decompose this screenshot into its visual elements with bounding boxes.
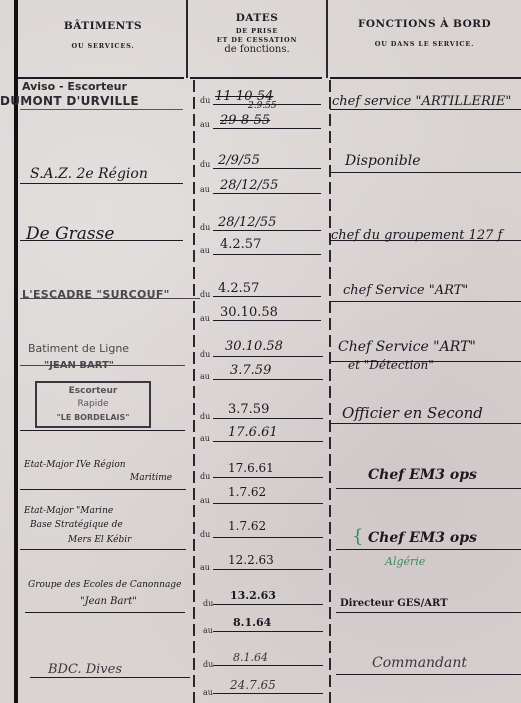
header-functions-title: FONCTIONS À BORD xyxy=(328,18,521,30)
row6-ship-strike xyxy=(20,430,185,431)
row3-ship-rule xyxy=(20,240,183,241)
row1-ship-strike xyxy=(20,109,183,110)
row9-function-rule xyxy=(336,612,521,613)
row10-ship: BDC. Dives xyxy=(48,662,122,677)
row3-from-rule xyxy=(213,230,321,231)
row7-from-label: du xyxy=(200,472,210,481)
row7-to-rule xyxy=(213,503,323,504)
row4-from-label: du xyxy=(200,290,210,299)
row6-to-rule xyxy=(213,441,323,442)
row10-function: Commandant xyxy=(372,655,467,671)
header-dates: DATES DE PRISE ET DE CESSATION de foncti… xyxy=(188,12,326,55)
row8-green-brace: { xyxy=(352,526,363,547)
row8-to-label: au xyxy=(200,563,210,572)
row6-to-date: 17.6.61 xyxy=(228,425,278,440)
row4-to-date: 30.10.58 xyxy=(220,305,278,320)
row6-from-label: du xyxy=(200,412,210,421)
row9-from-label: du xyxy=(203,599,213,608)
header-rule-1 xyxy=(18,77,184,79)
row9-from-date: 13.2.63 xyxy=(230,589,276,602)
header-dates-line4: de fonctions. xyxy=(188,44,326,55)
row5-from-rule xyxy=(213,356,323,357)
row8-ship-line2: Base Stratégique de xyxy=(30,520,123,530)
row5-function-rule xyxy=(330,361,521,362)
row10-function-rule xyxy=(336,674,521,675)
row1-ship-line1: Aviso - Escorteur xyxy=(22,80,127,93)
row8-function-rule xyxy=(336,549,521,550)
header-functions-subtitle: OU DANS LE SERVICE. xyxy=(328,40,521,48)
row6-from-rule xyxy=(213,418,323,419)
row2-function-rule xyxy=(330,172,521,173)
row4-to-rule xyxy=(213,320,321,321)
row6-function: Officier en Second xyxy=(342,404,483,422)
row7-to-label: au xyxy=(200,496,210,505)
row3-to-label: au xyxy=(200,246,210,255)
row2-ship-rule xyxy=(20,183,183,184)
column-divider-2 xyxy=(329,80,331,703)
stamp-line3: "LE BORDELAIS" xyxy=(41,411,145,424)
row2-to-date: 28/12/55 xyxy=(220,178,278,193)
row8-function: Chef EM3 ops xyxy=(368,530,477,546)
stamp-line2: Rapide xyxy=(41,398,145,411)
row6-to-label: au xyxy=(200,434,210,443)
row5-to-date: 3.7.59 xyxy=(230,363,271,378)
row8-from-rule xyxy=(213,537,323,538)
row8-annotation: Algérie xyxy=(385,555,425,568)
row9-to-rule xyxy=(213,631,323,632)
row5-ship-line1: Batiment de Ligne xyxy=(28,342,129,355)
row3-function-rule xyxy=(330,240,521,241)
row9-function: Directeur GES/ART xyxy=(340,598,448,609)
row9-from-rule xyxy=(213,604,323,605)
row1-function-rule xyxy=(330,109,521,110)
row1-from-label: du xyxy=(200,96,210,105)
row4-from-date: 4.2.57 xyxy=(218,281,259,296)
row8-from-date: 1.7.62 xyxy=(228,519,266,533)
row4-function: chef Service "ART" xyxy=(343,283,468,298)
row10-ship-rule xyxy=(30,677,190,678)
row9-to-label: au xyxy=(203,626,213,635)
row7-from-rule xyxy=(213,477,323,478)
row10-from-date: 8.1.64 xyxy=(233,651,268,664)
row2-function: Disponible xyxy=(345,153,421,169)
row2-ship: S.A.Z. 2e Région xyxy=(30,166,148,182)
row9-to-date: 8.1.64 xyxy=(233,616,271,629)
row7-to-date: 1.7.62 xyxy=(228,485,266,499)
row8-ship-rule xyxy=(20,549,186,550)
row5-to-label: au xyxy=(200,372,210,381)
header-functions: FONCTIONS À BORD OU DANS LE SERVICE. xyxy=(328,18,521,48)
stamp-line1: Escorteur xyxy=(41,385,145,398)
row8-ship-line1: Etat-Major "Marine xyxy=(24,506,113,516)
row6-from-date: 3.7.59 xyxy=(228,402,269,417)
row4-function-rule xyxy=(330,301,521,302)
row7-function-rule xyxy=(336,488,521,489)
column-divider-1 xyxy=(193,80,195,703)
row9-ship-line1: Groupe des Ecoles de Canonnage xyxy=(28,580,181,590)
row1-function: chef service "ARTILLERIE" xyxy=(332,94,511,109)
header-buildings-subtitle: OU SERVICES. xyxy=(20,42,186,50)
row10-to-date: 24.7.65 xyxy=(230,678,276,692)
header-dates-line2: DE PRISE xyxy=(188,27,326,35)
row8-from-label: du xyxy=(200,530,210,539)
header-rule-2 xyxy=(190,77,322,79)
row10-to-label: au xyxy=(203,688,213,697)
row2-from-date: 2/9/55 xyxy=(218,153,260,168)
row3-from-date: 28/12/55 xyxy=(218,215,276,230)
row2-to-rule xyxy=(213,193,321,194)
row2-to-label: au xyxy=(200,185,210,194)
row7-function: Chef EM3 ops xyxy=(368,467,477,483)
row5-from-date: 30.10.58 xyxy=(225,339,283,354)
row3-to-date: 4.2.57 xyxy=(220,237,261,252)
row10-from-label: du xyxy=(203,660,213,669)
row7-ship-rule xyxy=(20,489,186,490)
row7-from-date: 17.6.61 xyxy=(228,461,274,475)
row1-from-rule xyxy=(213,104,321,105)
header-buildings-title: BÂTIMENTS xyxy=(20,20,186,32)
row10-to-rule xyxy=(213,693,323,694)
header-dates-line3: ET DE CESSATION xyxy=(188,36,326,44)
row1-to-label: au xyxy=(200,120,210,129)
row5-function: Chef Service "ART" xyxy=(338,339,476,355)
row4-to-label: au xyxy=(200,314,210,323)
row1-to-rule xyxy=(213,128,321,129)
row4-from-rule xyxy=(213,296,321,297)
row2-from-label: du xyxy=(200,160,210,169)
row5-to-rule xyxy=(213,379,323,380)
header-rule-3 xyxy=(330,77,521,79)
row5-ship-strike xyxy=(20,365,185,366)
row8-to-rule xyxy=(213,569,323,570)
row4-ship-strike xyxy=(20,298,200,299)
row1-to-date: 29-8-55 xyxy=(220,113,270,128)
row9-ship-rule xyxy=(25,612,185,613)
stamp-le-bordelais: Escorteur Rapide "LE BORDELAIS" xyxy=(35,381,151,428)
row1-ship-line2: DUMONT D'URVILLE xyxy=(0,94,139,108)
row2-from-rule xyxy=(213,168,321,169)
row10-from-rule xyxy=(213,665,323,666)
header-dates-title: DATES xyxy=(188,12,326,24)
row7-ship-line2: Maritime xyxy=(130,473,172,483)
row1-from-correction: 2.9.55 xyxy=(248,101,277,111)
row9-ship-line2: "Jean Bart" xyxy=(80,596,137,607)
header-buildings: BÂTIMENTS OU SERVICES. xyxy=(20,20,186,50)
row6-function-rule xyxy=(330,423,521,424)
row3-to-rule xyxy=(213,254,321,255)
row7-ship-line1: Etat-Major IVe Région xyxy=(24,460,126,470)
row3-from-label: du xyxy=(200,223,210,232)
row5-from-label: du xyxy=(200,350,210,359)
row8-to-date: 12.2.63 xyxy=(228,553,274,567)
row8-ship-line3: Mers El Kébir xyxy=(68,535,131,545)
